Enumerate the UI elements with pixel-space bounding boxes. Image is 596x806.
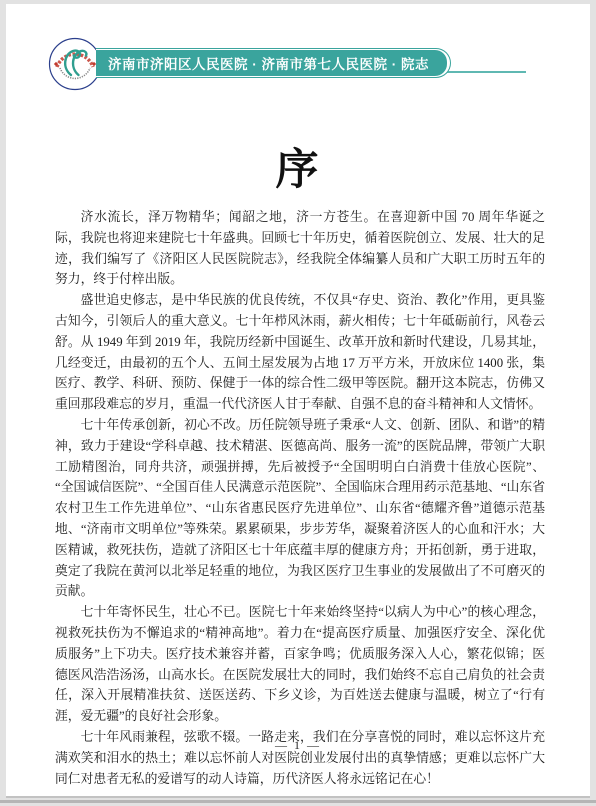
scanned-page: 济南市济阳区人民医院 · 济南市第七人民医院 · 院志 序 济水流长，泽万物精华… — [0, 0, 596, 806]
preface-paragraph: 济水流长，泽万物精华；闻韶之地，济一方苍生。在喜迎新中国 70 周年华诞之际，我… — [55, 207, 545, 290]
preface-paragraph: 七十年风雨兼程，弦歌不辍。一路走来，我们在分享喜悦的同时，难以忘怀这片充满欢笑和… — [55, 727, 545, 789]
preface-paragraph: 盛世追史修志，是中华民族的优良传统，不仅具“存史、资治、教化”作用，更具鉴古知今… — [55, 290, 545, 415]
page-number: — 1 — — [275, 738, 321, 752]
preface-body: 济水流长，泽万物精华；闻韶之地，济一方苍生。在喜迎新中国 70 周年华诞之际，我… — [55, 207, 545, 789]
header-banner: 济南市济阳区人民医院 · 济南市第七人民医院 · 院志 — [96, 48, 451, 78]
header-banner-title: 济南市济阳区人民医院 · 济南市第七人民医院 · 院志 — [96, 50, 447, 76]
page-footer: — 1 — — [6, 738, 590, 753]
hospital-round-seal-icon — [48, 37, 102, 91]
scan-bottom-shadow — [0, 800, 596, 803]
preface-paragraph: 七十年传承创新，初心不改。历任院领导班子秉承“人文、创新、团队、和谐”的精神，致… — [55, 415, 545, 602]
page-title: 序 — [6, 136, 590, 197]
document-page: 济南市济阳区人民医院 · 济南市第七人民医院 · 院志 序 济水流长，泽万物精华… — [6, 4, 590, 796]
preface-paragraph: 七十年寄怀民生，壮心不已。医院七十年来始终坚持“以病人为中心”的核心理念，视救死… — [55, 602, 545, 727]
